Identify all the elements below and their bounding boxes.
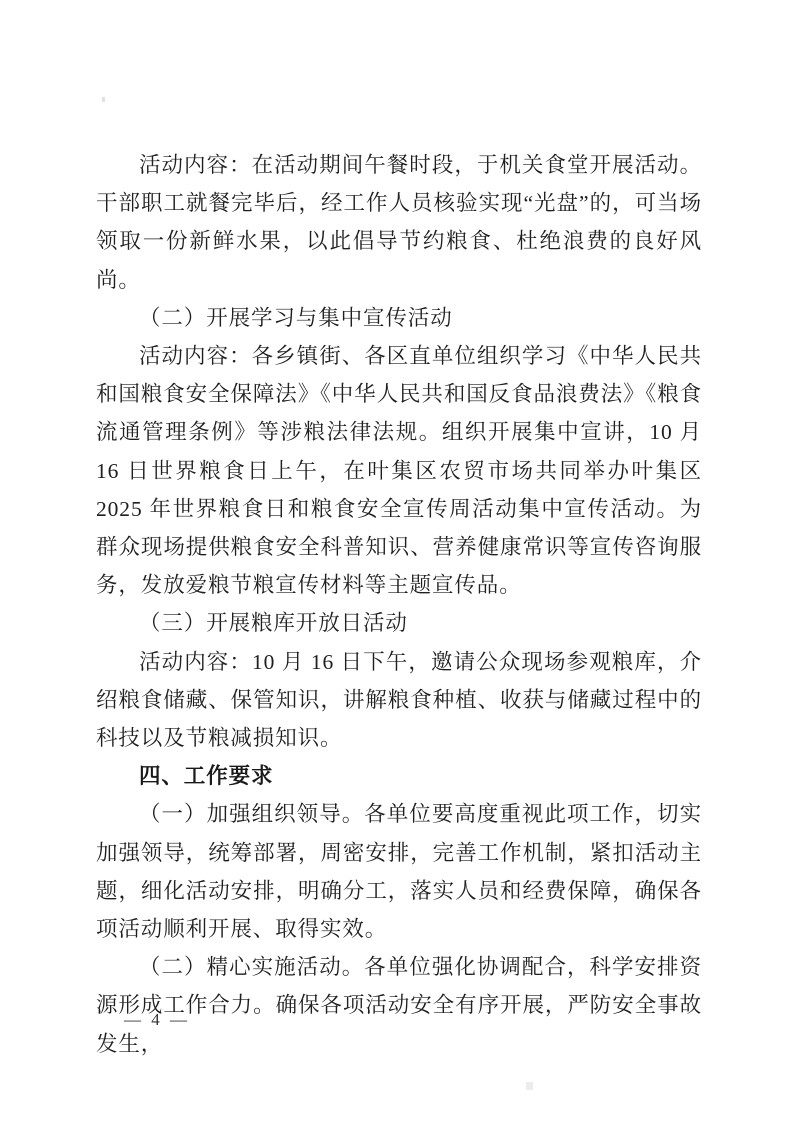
scan-artifact: [102, 97, 105, 102]
paragraph-granary-open-day: 活动内容：10 月 16 日下午，邀请公众现场参观粮库，介绍粮食储藏、保管知识，…: [96, 643, 702, 758]
paragraph-strengthen-leadership: （一）加强组织领导。各单位要高度重视此项工作，切实加强领导，统筹部署，周密安排，…: [96, 795, 702, 948]
document-page: 活动内容：在活动期间午餐时段，于机关食堂开展活动。干部职工就餐完毕后，经工作人员…: [0, 0, 793, 1122]
paragraph-activity-canteen: 活动内容：在活动期间午餐时段，于机关食堂开展活动。干部职工就餐完毕后，经工作人员…: [96, 146, 702, 299]
section-subheading-2: （二）开展学习与集中宣传活动: [96, 299, 702, 337]
section-heading-work-requirements: 四、工作要求: [96, 757, 702, 795]
paragraph-careful-implementation: （二）精心实施活动。各单位强化协调配合，科学安排资源形成工作合力。确保各项活动安…: [96, 948, 702, 1063]
section-subheading-3: （三）开展粮库开放日活动: [96, 604, 702, 642]
page-number: — 4 —: [124, 1008, 190, 1032]
document-body: 活动内容：在活动期间午餐时段，于机关食堂开展活动。干部职工就餐完毕后，经工作人员…: [96, 146, 702, 1063]
scan-artifact: [526, 1082, 533, 1090]
paragraph-study-publicity: 活动内容：各乡镇街、各区直单位组织学习《中华人民共和国粮食安全保障法》《中华人民…: [96, 337, 702, 604]
